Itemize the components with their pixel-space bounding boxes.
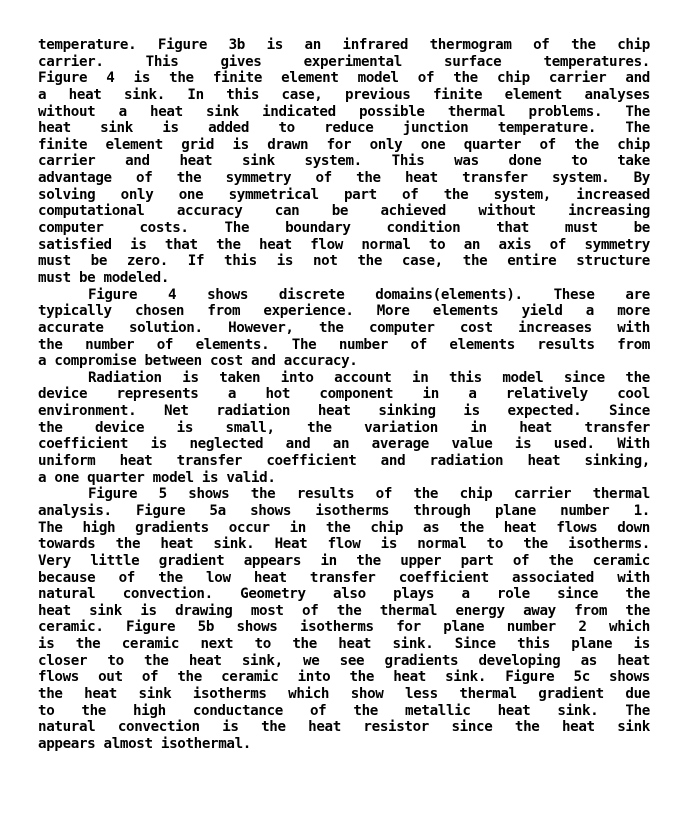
text-line: environment. Net radiation heat sinking … [38, 403, 650, 420]
text-line: the heat sink isotherms which show less … [38, 686, 650, 703]
text-line: closer to the heat sink, we see gradient… [38, 653, 650, 670]
text-line: finite element grid is drawn for only on… [38, 137, 650, 154]
text-line: towards the heat sink. Heat flow is norm… [38, 536, 650, 553]
text-line: device represents a hot component in a r… [38, 386, 650, 403]
text-line: accurate solution. However, the computer… [38, 320, 650, 337]
text-line: Figure 5 shows the results of the chip c… [38, 486, 650, 503]
text-line: analysis. Figure 5a shows isotherms thro… [38, 503, 650, 520]
text-line: a compromise between cost and accuracy. [38, 353, 650, 370]
text-line: must be modeled. [38, 270, 650, 287]
text-line: flows out of the ceramic into the heat s… [38, 669, 650, 686]
text-line: ceramic. Figure 5b shows isotherms for p… [38, 619, 650, 636]
text-line: must be zero. If this is not the case, t… [38, 253, 650, 270]
text-line: carrier. This gives experimental surface… [38, 54, 650, 71]
text-line: coefficient is neglected and an average … [38, 436, 650, 453]
paragraph: Figure 5 shows the results of the chip c… [38, 486, 650, 752]
text-line: because of the low heat transfer coeffic… [38, 570, 650, 587]
text-line: computer costs. The boundary condition t… [38, 220, 650, 237]
text-line: The high gradients occur in the chip as … [38, 520, 650, 537]
text-line: carrier and heat sink system. This was d… [38, 153, 650, 170]
text-line: natural convection. Geometry also plays … [38, 586, 650, 603]
text-line: Very little gradient appears in the uppe… [38, 553, 650, 570]
paragraph: Radiation is taken into account in this … [38, 370, 650, 486]
text-line: typically chosen from experience. More e… [38, 303, 650, 320]
text-line: advantage of the symmetry of the heat tr… [38, 170, 650, 187]
text-line: temperature. Figure 3b is an infrared th… [38, 37, 650, 54]
paragraph: Figure 4 shows discrete domains(elements… [38, 287, 650, 370]
text-line: uniform heat transfer coefficient and ra… [38, 453, 650, 470]
text-line: Radiation is taken into account in this … [38, 370, 650, 387]
text-line: solving only one symmetrical part of the… [38, 187, 650, 204]
text-line: computational accuracy can be achieved w… [38, 203, 650, 220]
text-line: to the high conductance of the metallic … [38, 703, 650, 720]
text-line: heat sink is added to reduce junction te… [38, 120, 650, 137]
text-line: natural convection is the heat resistor … [38, 719, 650, 736]
paragraph: temperature. Figure 3b is an infrared th… [38, 37, 650, 287]
document-page: temperature. Figure 3b is an infrared th… [38, 37, 650, 753]
text-line: heat sink is drawing most of the thermal… [38, 603, 650, 620]
text-line: the number of elements. The number of el… [38, 337, 650, 354]
text-line: is the ceramic next to the heat sink. Si… [38, 636, 650, 653]
text-line: the device is small, the variation in he… [38, 420, 650, 437]
text-line: Figure 4 is the finite element model of … [38, 70, 650, 87]
text-line: appears almost isothermal. [38, 736, 650, 753]
text-line: Figure 4 shows discrete domains(elements… [38, 287, 650, 304]
text-line: satisfied is that the heat flow normal t… [38, 237, 650, 254]
text-line: without a heat sink indicated possible t… [38, 104, 650, 121]
text-line: a heat sink. In this case, previous fini… [38, 87, 650, 104]
text-line: a one quarter model is valid. [38, 470, 650, 487]
